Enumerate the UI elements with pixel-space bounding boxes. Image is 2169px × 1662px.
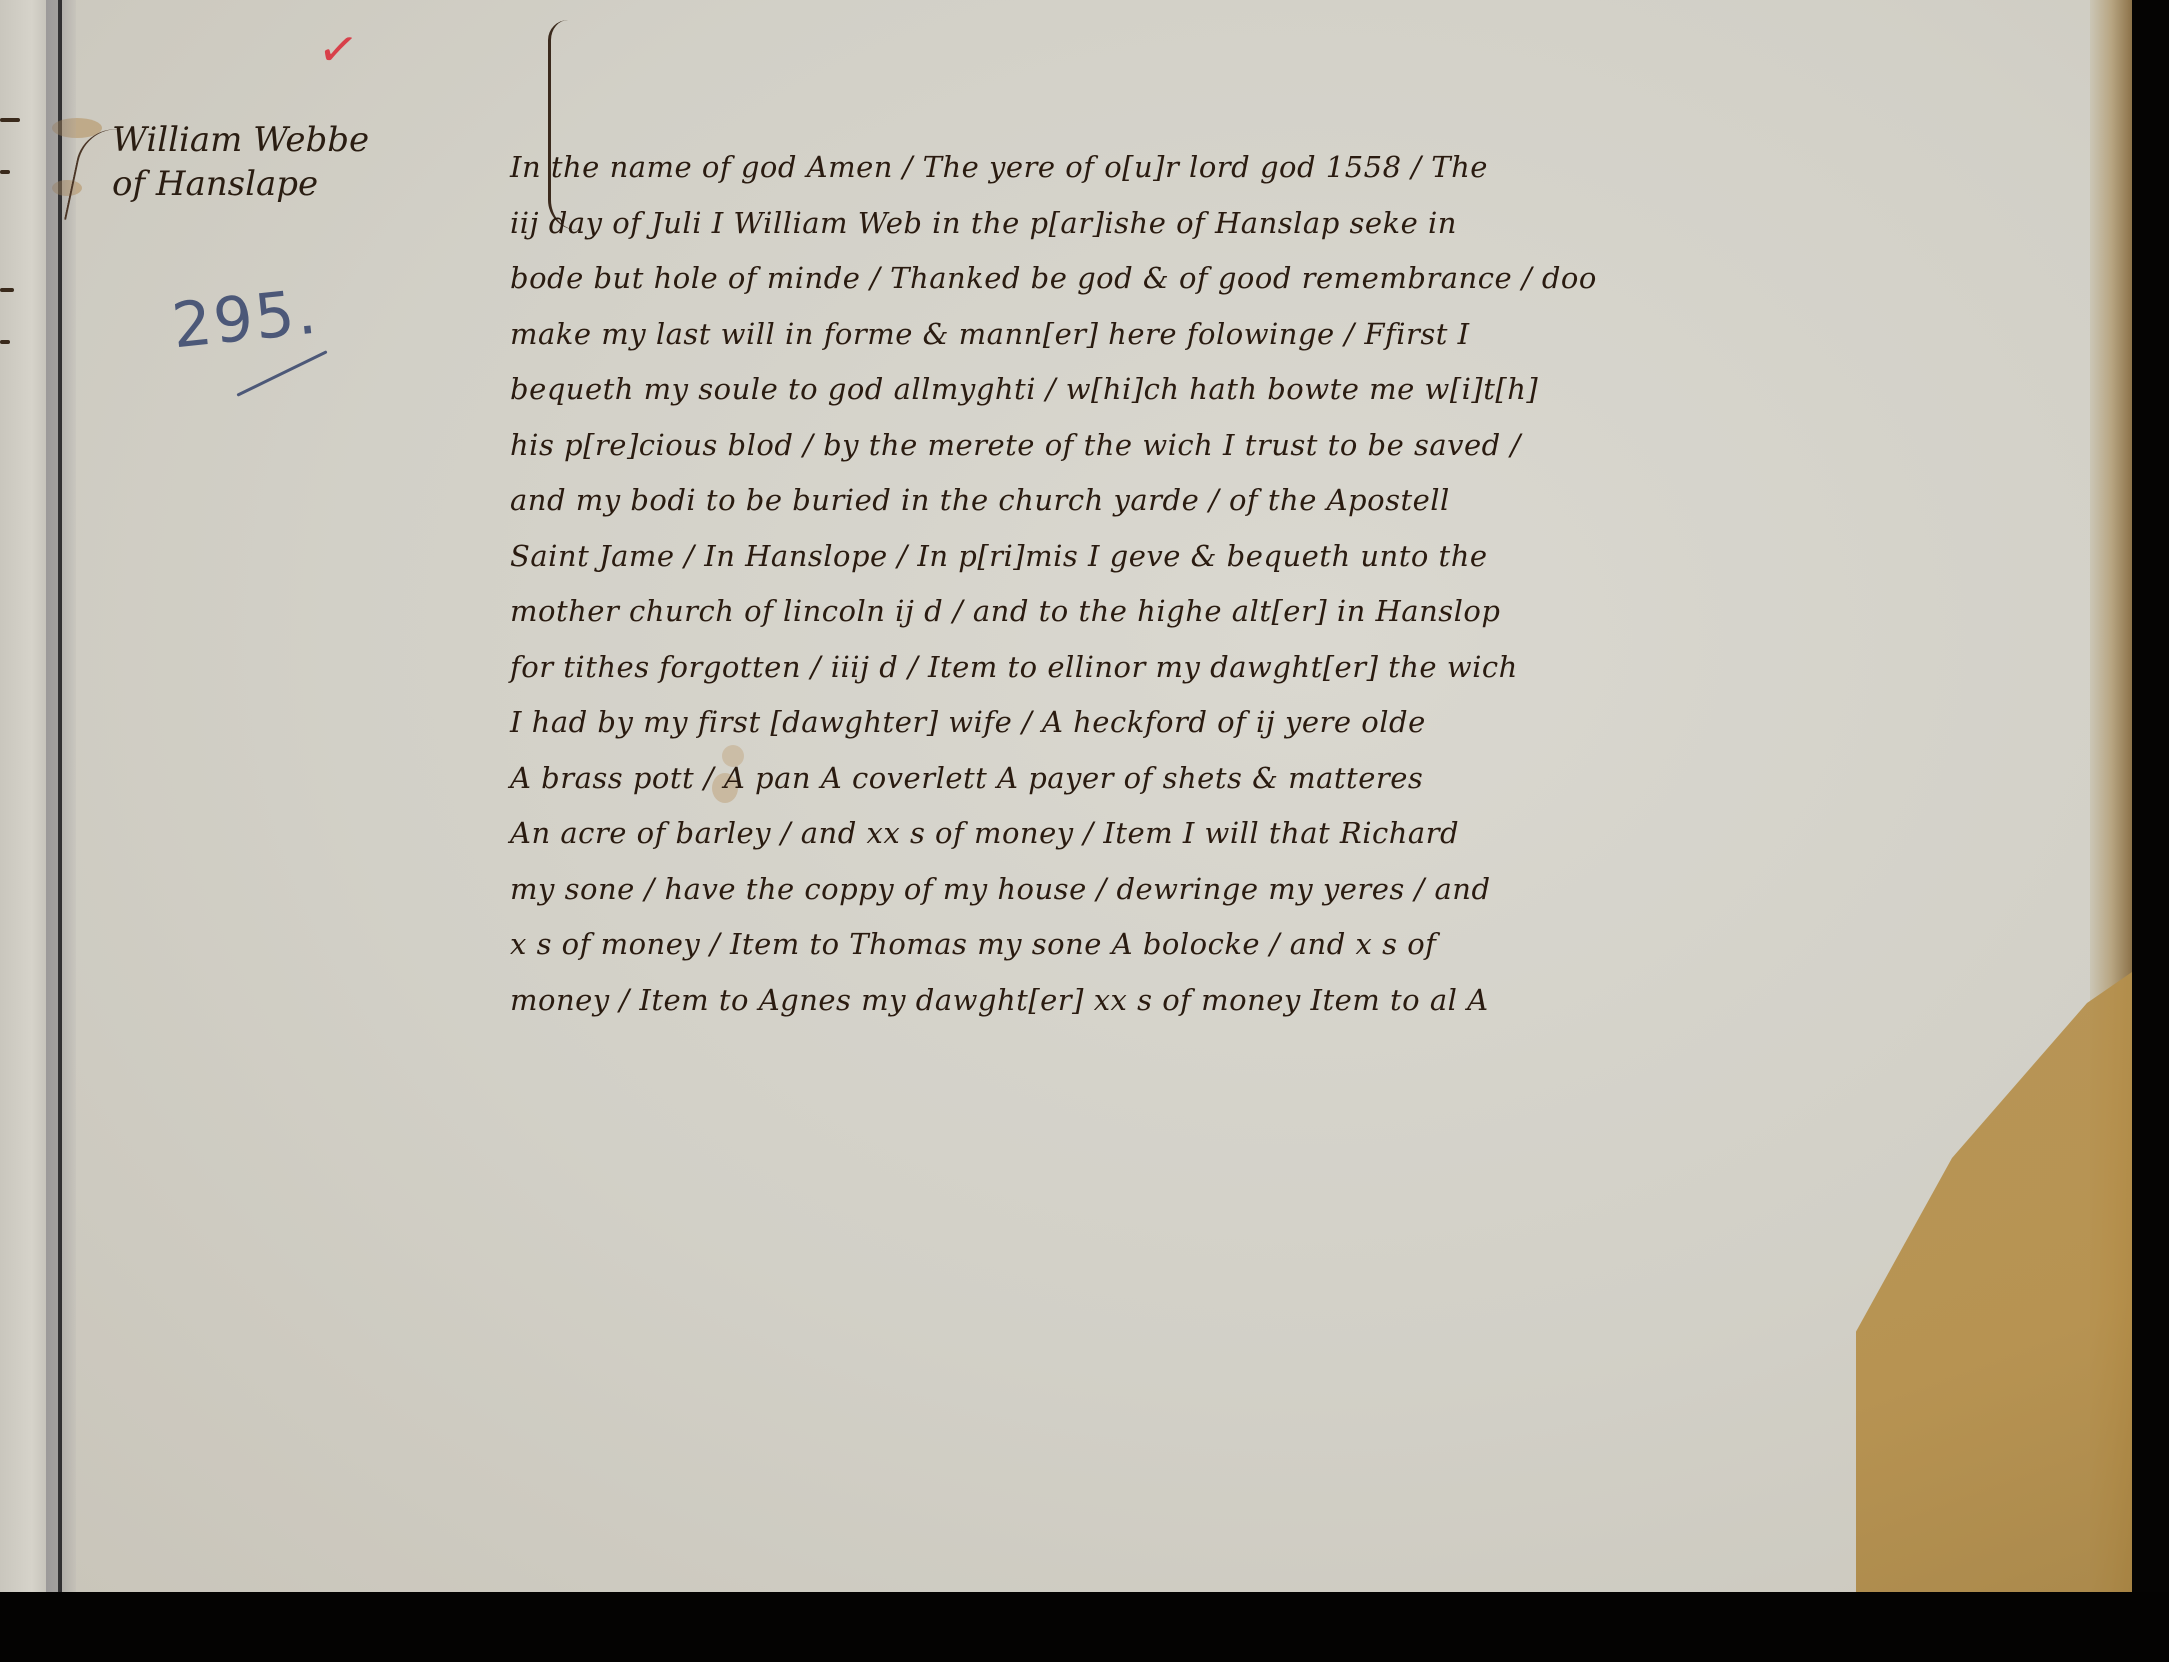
marginal-heading: William Webbe of Hanslape — [112, 118, 369, 206]
corner-stain — [1832, 972, 2132, 1592]
text-line-10: for tithes forgotten / iiij d / Item to … — [510, 650, 2070, 706]
text-line-4: make my last will in forme & mann[er] he… — [510, 317, 2070, 373]
text-line-5: bequeth my soule to god allmyghti / w[hi… — [510, 372, 2070, 428]
ink-mark — [0, 118, 20, 122]
ink-mark — [0, 170, 10, 174]
testator-name: William Webbe — [112, 118, 369, 162]
text-line-1: In the name of god Amen / The yere of o[… — [510, 150, 2070, 206]
red-check-mark: ✓ — [314, 19, 362, 80]
text-line-14: my sone / have the coppy of my house / d… — [510, 872, 2070, 928]
text-line-9: mother church of lincoln ij d / and to t… — [510, 594, 2070, 650]
text-line-16: money / Item to Agnes my dawght[er] xx s… — [510, 983, 2070, 1039]
will-text-body: In the name of god Amen / The yere of o[… — [510, 150, 2070, 1038]
text-line-8: Saint Jame / In Hanslope / In p[ri]mis I… — [510, 539, 2070, 595]
ink-mark — [0, 288, 14, 292]
page-bottom-shadow — [0, 1592, 2169, 1662]
text-line-11: I had by my first [dawghter] wife / A he… — [510, 705, 2070, 761]
book-gutter-shadow — [46, 0, 76, 1600]
text-line-3: bode but hole of minde / Thanked be god … — [510, 261, 2070, 317]
text-line-12: A brass pott / A pan A coverlett A payer… — [510, 761, 2070, 817]
folio-number: 295. — [169, 275, 322, 363]
text-line-13: An acre of barley / and xx s of money / … — [510, 816, 2070, 872]
text-line-7: and my bodi to be buried in the church y… — [510, 483, 2070, 539]
text-line-2: iij day of Juli I William Web in the p[a… — [510, 206, 2070, 262]
testator-place: of Hanslape — [112, 162, 369, 206]
ink-mark — [0, 340, 10, 344]
text-line-6: his p[re]cious blod / by the merete of t… — [510, 428, 2070, 484]
text-line-15: x s of money / Item to Thomas my sone A … — [510, 927, 2070, 983]
